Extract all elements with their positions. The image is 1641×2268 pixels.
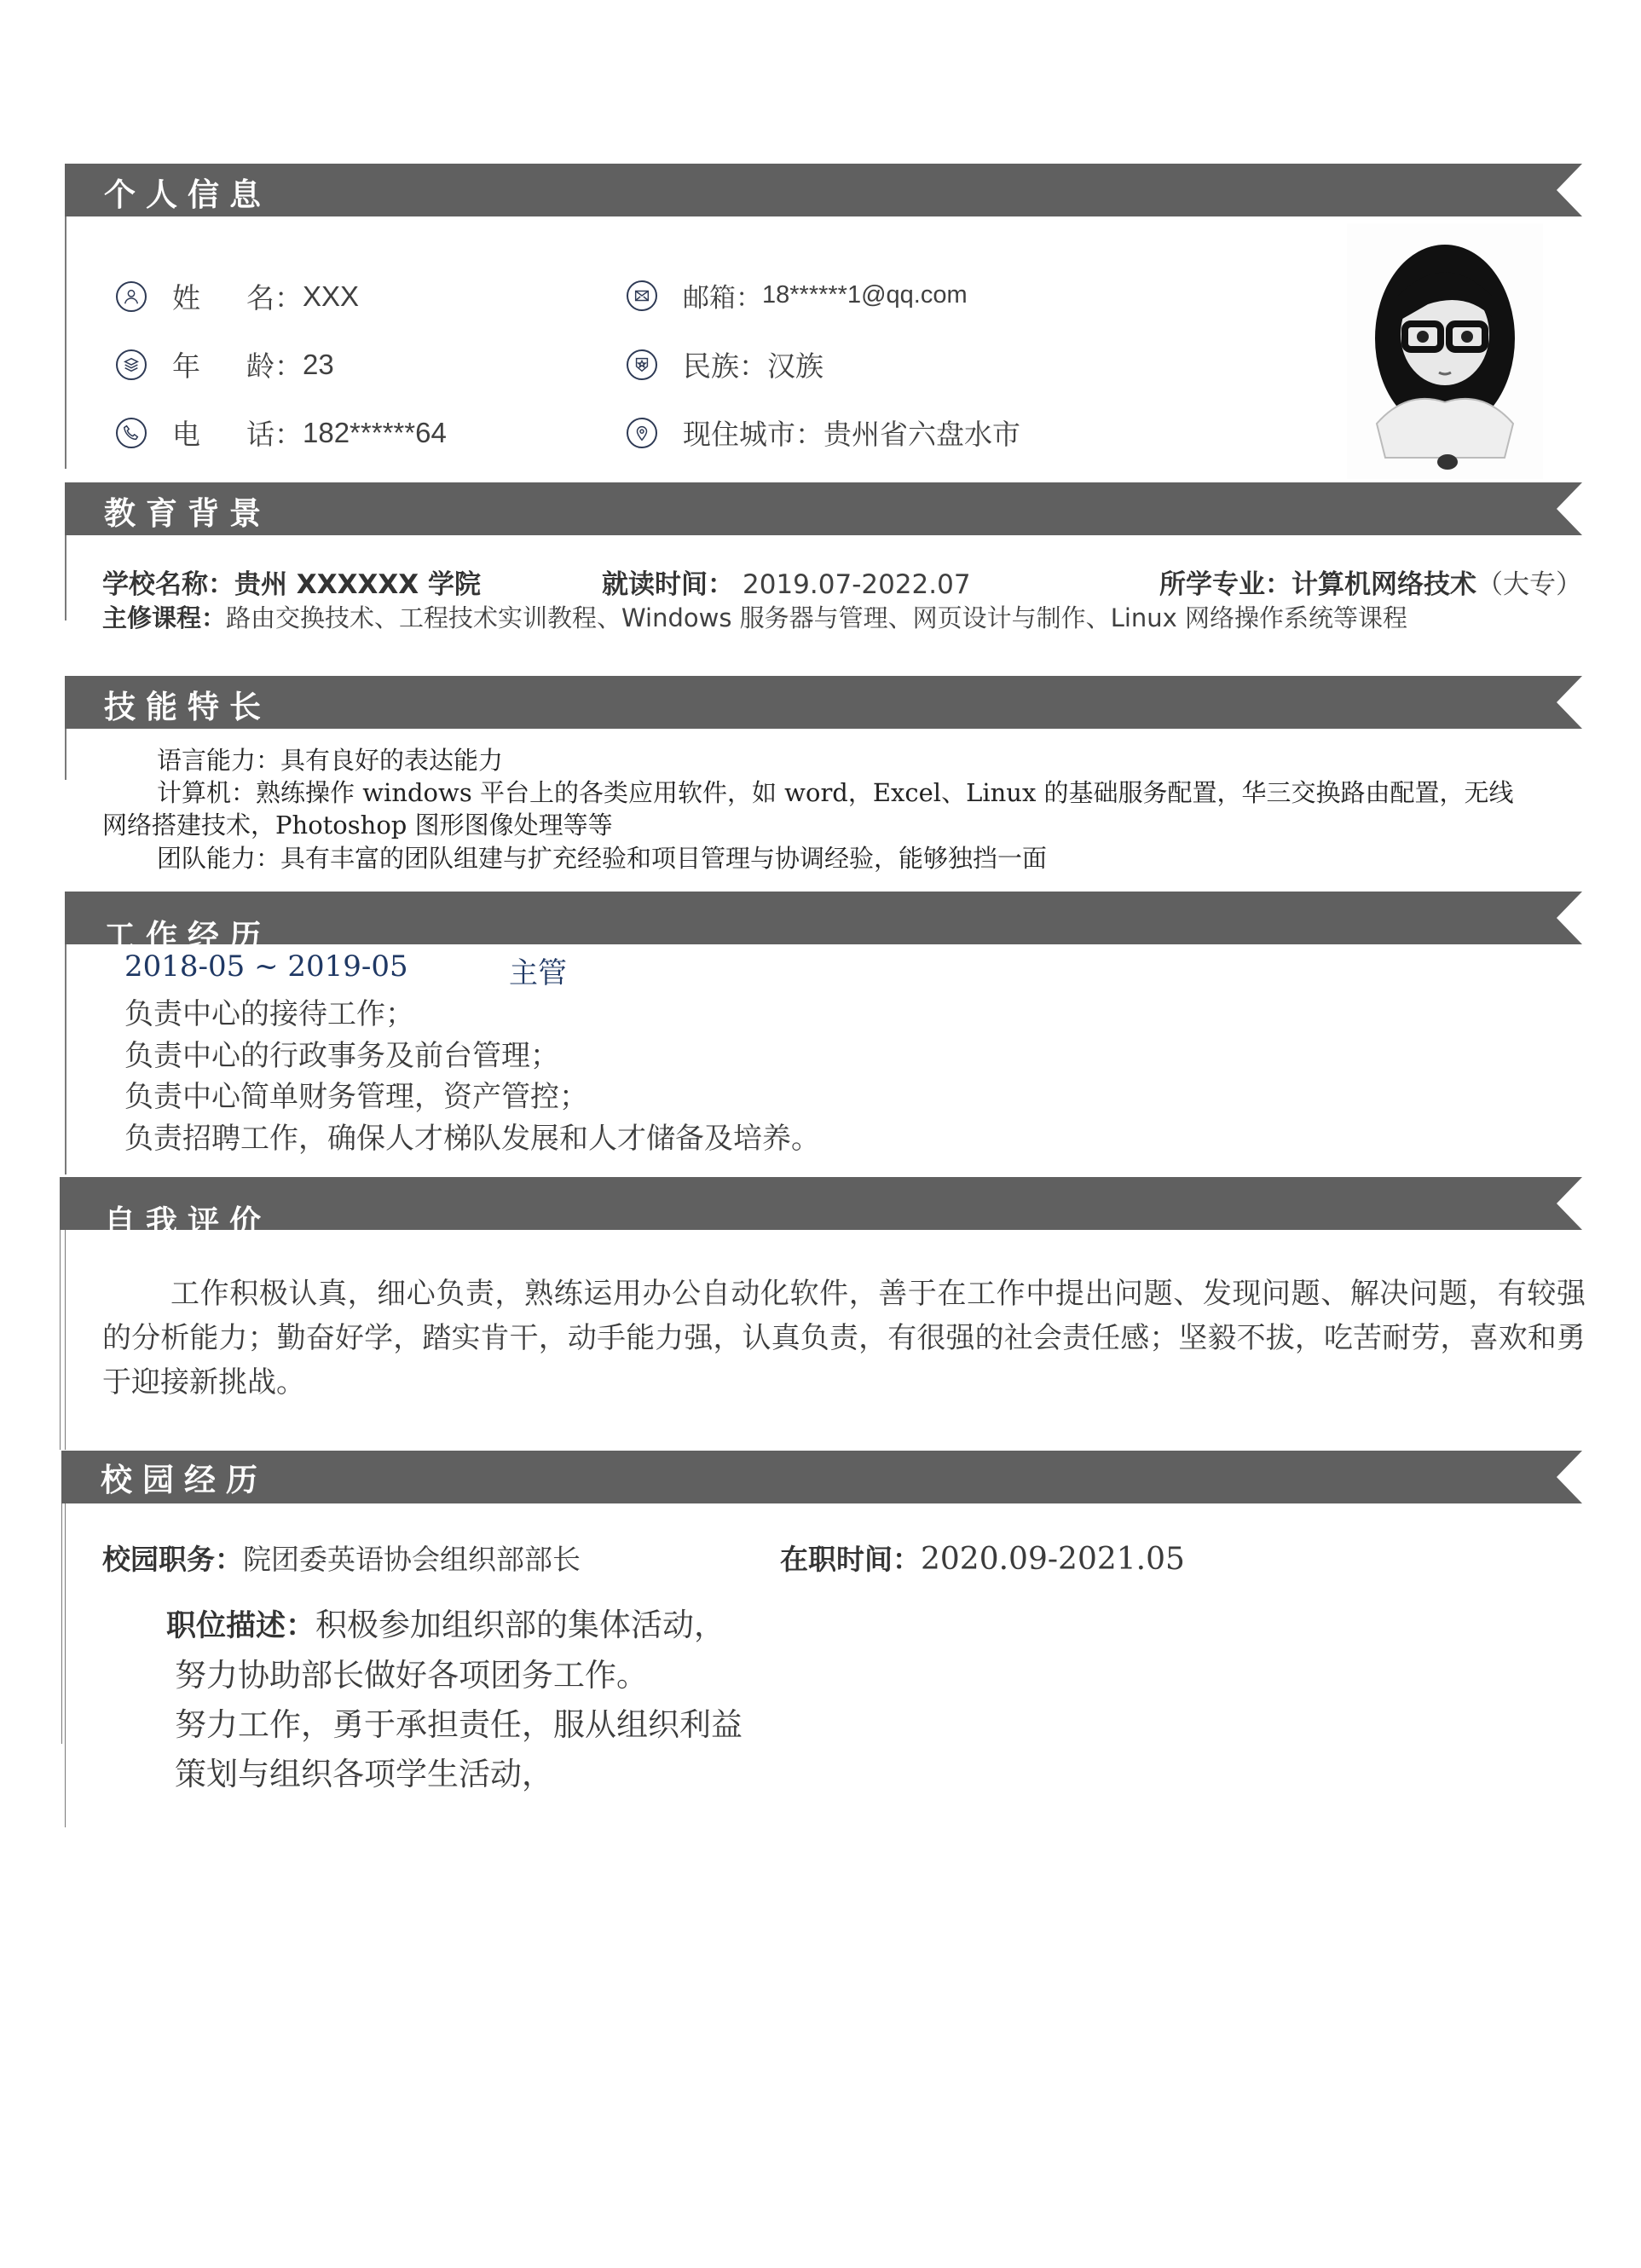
edu-period: 就读时间：2019.07-2022.07 — [602, 563, 971, 601]
label: 所学专业： — [1159, 569, 1291, 600]
work-duty: 负责中心的行政事务及前台管理； — [124, 1032, 559, 1074]
work-duty: 负责中心的接待工作； — [124, 990, 414, 1032]
label: 职位描述： — [166, 1609, 315, 1643]
desc-line: 策划与组织各项学生活动， — [175, 1748, 553, 1794]
work-duty: 负责中心简单财务管理，资产管控； — [124, 1073, 588, 1115]
label: 学校名称： — [102, 569, 234, 600]
left-rule — [65, 1230, 66, 1450]
info-email: 邮箱： 18******1@qq.com — [627, 276, 968, 315]
edu-major: 所学专业：计算机网络技术（大专） — [1159, 563, 1582, 601]
section-header-self-eval: 自我评价 — [60, 1177, 1582, 1230]
skill-language: 语言能力：具有良好的表达能力 — [157, 742, 503, 776]
phone-icon — [116, 418, 147, 448]
phone-value: 182******64 — [303, 417, 447, 449]
campus-tenure: 在职时间：2020.09-2021.05 — [780, 1538, 1185, 1578]
label: 电 — [172, 413, 200, 453]
label: 主修课程： — [102, 603, 226, 632]
left-rule — [65, 944, 66, 1174]
courses-value: 路由交换技术、工程技术实训教程、Windows 服务器与管理、网页设计与制作、L… — [226, 603, 1407, 632]
info-age: 年 龄： 23 — [116, 344, 334, 384]
mail-icon — [627, 280, 657, 311]
label: 现住城市： — [683, 413, 823, 453]
label: 话： — [246, 413, 303, 453]
section-title: 自我评价 — [104, 1196, 271, 1230]
work-duty: 负责招聘工作，确保人才梯队发展和人才储备及培养。 — [124, 1115, 820, 1157]
left-rule — [60, 1230, 61, 1450]
major-value: 计算机网络技术 — [1291, 569, 1476, 600]
info-ethnicity: 民族： 汉族 — [627, 344, 823, 384]
skill-team: 团队能力：具有丰富的团队组建与扩充经验和项目管理与协调经验，能够独挡一面 — [157, 840, 1047, 874]
section-title: 校园经历 — [101, 1454, 268, 1500]
section-header-campus: 校园经历 — [61, 1451, 1582, 1503]
label: 龄： — [246, 344, 303, 384]
section-header-education: 教育背景 — [65, 482, 1582, 535]
label: 邮箱： — [683, 276, 762, 315]
period-value: 2019.07-2022.07 — [742, 569, 971, 600]
layers-icon — [116, 349, 147, 380]
desc-line: 努力工作，勇于承担责任，服从组织利益 — [175, 1699, 742, 1745]
section-title: 个人信息 — [104, 169, 271, 215]
location-pin-icon — [627, 418, 657, 448]
label: 校园职务： — [102, 1543, 243, 1576]
left-rule — [65, 535, 66, 620]
section-title: 教育背景 — [104, 488, 271, 534]
desc-line: 努力协助部长做好各项团务工作。 — [175, 1649, 648, 1695]
section-title: 工作经历 — [104, 910, 271, 944]
badge-star-icon — [627, 349, 657, 380]
ethnicity-value: 汉族 — [767, 344, 823, 384]
label: 在职时间： — [780, 1543, 921, 1576]
section-header-personal: 个人信息 — [65, 164, 1582, 216]
work-position: 主管 — [509, 949, 567, 991]
left-rule — [65, 1503, 66, 1827]
section-header-skills: 技能特长 — [65, 676, 1582, 729]
info-phone: 电 话： 182******64 — [116, 413, 447, 453]
major-suffix: （大专） — [1476, 569, 1582, 600]
work-period: 2018-05 ~ 2019-05 — [124, 949, 408, 984]
info-city: 现住城市： 贵州省六盘水市 — [627, 413, 1020, 453]
skill-computer: 计算机：熟练操作 windows 平台上的各类应用软件，如 word，Excel… — [157, 774, 1514, 809]
campus-desc: 职位描述：积极参加组织部的集体活动， — [166, 1599, 725, 1645]
campus-role: 校园职务：院团委英语协会组织部部长 — [102, 1538, 581, 1578]
section-header-work: 工作经历 — [65, 892, 1582, 944]
label: 民族： — [683, 344, 767, 384]
skill-computer-cont: 网络搭建技术，Photoshop 图形图像处理等等 — [102, 806, 613, 841]
role-value: 院团委英语协会组织部部长 — [243, 1543, 581, 1576]
label: 姓 — [172, 276, 200, 316]
label: 就读时间： — [602, 569, 734, 600]
city-value: 贵州省六盘水市 — [823, 413, 1020, 453]
avatar — [1347, 223, 1543, 479]
left-rule — [65, 729, 66, 780]
left-rule — [65, 216, 66, 469]
edu-school: 学校名称：贵州 XXXXXX 学院 — [102, 563, 481, 601]
left-rule — [61, 1503, 62, 1744]
section-title: 技能特长 — [104, 681, 271, 727]
desc-line: 积极参加组织部的集体活动， — [315, 1607, 725, 1643]
self-eval-text: 工作积极认真，细心负责，熟练运用办公自动化软件，善于在工作中提出问题、发现问题、… — [102, 1272, 1586, 1405]
edu-courses: 主修课程：路由交换技术、工程技术实训教程、Windows 服务器与管理、网页设计… — [102, 599, 1407, 634]
label: 名： — [246, 276, 303, 316]
info-name: 姓 名： XXX — [116, 276, 359, 316]
name-value: XXX — [303, 280, 359, 313]
label: 年 — [172, 344, 200, 384]
age-value: 23 — [303, 349, 334, 381]
tenure-value: 2020.09-2021.05 — [921, 1542, 1185, 1577]
user-icon — [116, 281, 147, 312]
school-value: 贵州 XXXXXX 学院 — [234, 569, 481, 600]
email-value: 18******1@qq.com — [762, 281, 968, 309]
